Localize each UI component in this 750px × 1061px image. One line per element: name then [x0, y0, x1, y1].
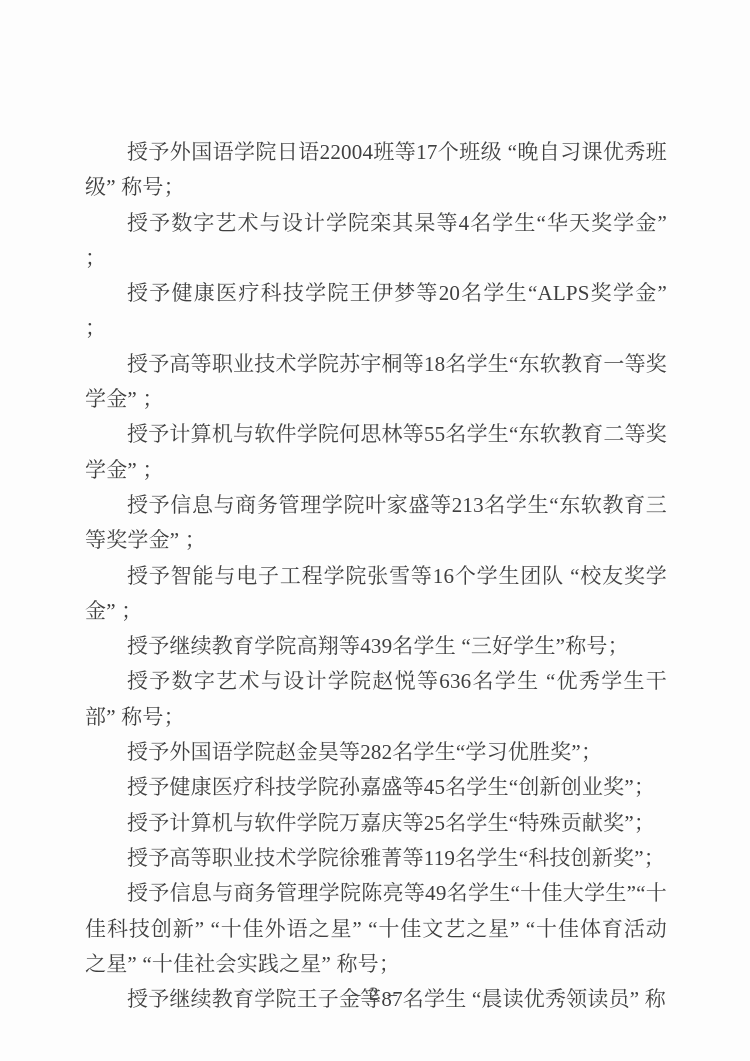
award-paragraph: 授予继续教育学院高翔等439名学生 “三好学生”称号；	[85, 629, 667, 664]
page-number: – 2 –	[0, 984, 750, 1006]
award-paragraph: 授予健康医疗科技学院王伊梦等20名学生“ALPS奖学金” ；	[85, 276, 667, 347]
document-page: 授予外国语学院日语22004班等17个班级 “晚自习课优秀班级” 称号； 授予数…	[0, 0, 750, 1061]
award-paragraph: 授予计算机与软件学院何思林等55名学生“东软教育二等奖学金” ；	[85, 417, 667, 488]
award-paragraph: 授予数字艺术与设计学院栾其杲等4名学生“华天奖学金” ；	[85, 206, 667, 277]
award-paragraph: 授予高等职业技术学院苏宇桐等18名学生“东软教育一等奖学金” ；	[85, 347, 667, 418]
award-paragraph: 授予外国语学院日语22004班等17个班级 “晚自习课优秀班级” 称号；	[85, 135, 667, 206]
document-body: 授予外国语学院日语22004班等17个班级 “晚自习课优秀班级” 称号； 授予数…	[85, 135, 667, 1017]
award-paragraph: 授予健康医疗科技学院孙嘉盛等45名学生“创新创业奖”；	[85, 770, 667, 805]
award-paragraph: 授予信息与商务管理学院叶家盛等213名学生“东软教育三等奖学金” ；	[85, 488, 667, 559]
award-paragraph: 授予智能与电子工程学院张雪等16个学生团队 “校友奖学金” ；	[85, 559, 667, 630]
award-paragraph: 授予数字艺术与设计学院赵悦等636名学生 “优秀学生干部” 称号；	[85, 664, 667, 735]
award-paragraph: 授予外国语学院赵金昊等282名学生“学习优胜奖”；	[85, 735, 667, 770]
award-paragraph: 授予计算机与软件学院万嘉庆等25名学生“特殊贡献奖”；	[85, 806, 667, 841]
award-paragraph: 授予高等职业技术学院徐雅菁等119名学生“科技创新奖”；	[85, 841, 667, 876]
award-paragraph: 授予信息与商务管理学院陈亮等49名学生“十佳大学生”“十佳科技创新” “十佳外语…	[85, 876, 667, 982]
